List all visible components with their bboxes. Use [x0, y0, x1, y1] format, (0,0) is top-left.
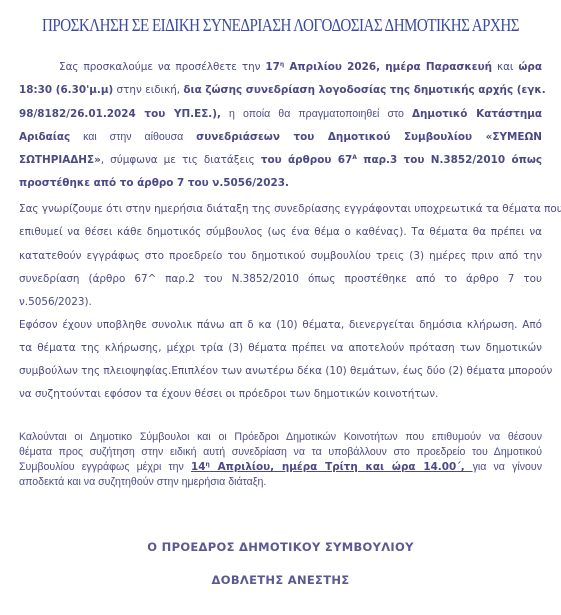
- paragraph-2-line-1: Σας γνωρίζουμε ότι στην ημερήσια διάταξη…: [19, 203, 542, 215]
- paragraph-1-line-5: ΣΩΤΗΡΙΑΔΗΣ», σύμφωνα με τις διατάξεις το…: [19, 154, 542, 166]
- paragraph-1-line-3: 98/8182/26.01.2024 του ΥΠ.ΕΣ.), η οποία …: [19, 108, 542, 120]
- paragraph-3-line-2: τα θέματα της κλήρωσης, μέχρι τρία (3) θ…: [19, 342, 542, 354]
- text: και στην αίθουσα: [70, 131, 196, 143]
- signature-name: ΔΟΒΛΕΤΗΣ ΑΝΕΣΤΗΣ: [0, 573, 561, 587]
- meeting-location: Δημοτικό Κατάστημα: [412, 108, 542, 120]
- text: και: [492, 61, 518, 73]
- paragraph-1-line-1: Σας προσκαλούμε να προσέλθετε την 17η Απ…: [19, 61, 542, 73]
- text: , σύμφωνα με τις διατάξεις: [101, 154, 261, 166]
- text: Σας προσκαλούμε να προσέλθετε την: [59, 61, 265, 73]
- paragraph-4-line-2: θέματα προς συζήτηση στην ειδική αυτή συ…: [19, 446, 542, 458]
- meeting-room: συνεδριάσεων του Δημοτικού Συμβουλίου «Σ…: [196, 131, 542, 143]
- text: για να γίνουν: [473, 461, 542, 473]
- paragraph-1-line-4: Αριδαίας και στην αίθουσα συνεδριάσεων τ…: [19, 131, 542, 143]
- meeting-date: 17η Απριλίου 2026, ημέρα Παρασκευή: [265, 61, 492, 73]
- text: στην ειδική,: [113, 84, 183, 96]
- paragraph-3-line-1: Εφόσον έχουν υποβληθε συνολικ πάνω απ δ …: [19, 319, 542, 331]
- deadline-date: 14η Απριλίου, ημέρα Τρίτη και ώρα 14.00΄…: [191, 461, 473, 473]
- paragraph-2-line-5: ν.5056/2023).: [19, 296, 542, 308]
- paragraph-3-line-3: συμβούλων της πλειοψηφίας.Επιπλέον των α…: [19, 365, 542, 377]
- paragraph-4-line-1: Καλούνται οι Δημοτικο Σύμβουλοι και οι Π…: [19, 431, 542, 443]
- text: προστέθηκε από το άρθρο 7 του ν.5056/202…: [19, 177, 289, 189]
- paragraph-4-line-3: Συμβουλίου εγγράφως μέχρι την 14η Απριλί…: [19, 461, 542, 473]
- document-page: ΠΡΟΣΚΛΗΣΗ ΣΕ ΕΙΔΙΚΗ ΣΥΝΕΔΡΙΑΣΗ ΛΟΓΟΔΟΣΙΑ…: [0, 0, 561, 615]
- text: ΣΩΤΗΡΙΑΔΗΣ»: [19, 154, 101, 166]
- paragraph-4-line-4: αποδεκτά και να συζητηθούν στην ημερήσια…: [19, 476, 542, 488]
- signature-role: Ο ΠΡΟΕΔΡΟΣ ΔΗΜΟΤΙΚΟΥ ΣΥΜΒΟΥΛΙΟΥ: [0, 540, 561, 554]
- text: η οποία θα πραγματοποιηθεί στο: [221, 108, 412, 120]
- text: Αριδαίας: [19, 131, 70, 143]
- text: ώρα: [518, 61, 542, 73]
- text: 98/8182/26.01.2024 του ΥΠ.ΕΣ.),: [19, 108, 221, 120]
- paragraph-1-line-6: προστέθηκε από το άρθρο 7 του ν.5056/202…: [19, 177, 542, 189]
- paragraph-2-line-2: επιθυμεί να θέσει κάθε δημοτικός σύμβουλ…: [19, 226, 542, 238]
- paragraph-1-line-2: 18:30 (6.30'μ.μ) στην ειδική, δια ζώσης …: [19, 84, 542, 96]
- meeting-time: 18:30 (6.30'μ.μ): [19, 84, 113, 96]
- paragraph-2-line-4: συνεδρίαση (άρθρο 67^ παρ.2 του Ν.3852/2…: [19, 273, 542, 285]
- text: δια ζώσης συνεδρίαση λογοδοσίας της δημο…: [183, 84, 545, 96]
- law-reference: του άρθρου 67Α παρ.3 του Ν.3852/2010 όπω…: [261, 154, 542, 166]
- text: Συμβουλίου εγγράφως μέχρι την: [19, 461, 191, 473]
- paragraph-3-line-4: να συζητούνται εφόσον τα έχουν θέσει οι …: [19, 388, 542, 400]
- document-title: ΠΡΟΣΚΛΗΣΗ ΣΕ ΕΙΔΙΚΗ ΣΥΝΕΔΡΙΑΣΗ ΛΟΓΟΔΟΣΙΑ…: [39, 15, 521, 36]
- paragraph-2-line-3: κατατεθούν εγγράφως στο προεδρείο του δη…: [19, 250, 542, 262]
